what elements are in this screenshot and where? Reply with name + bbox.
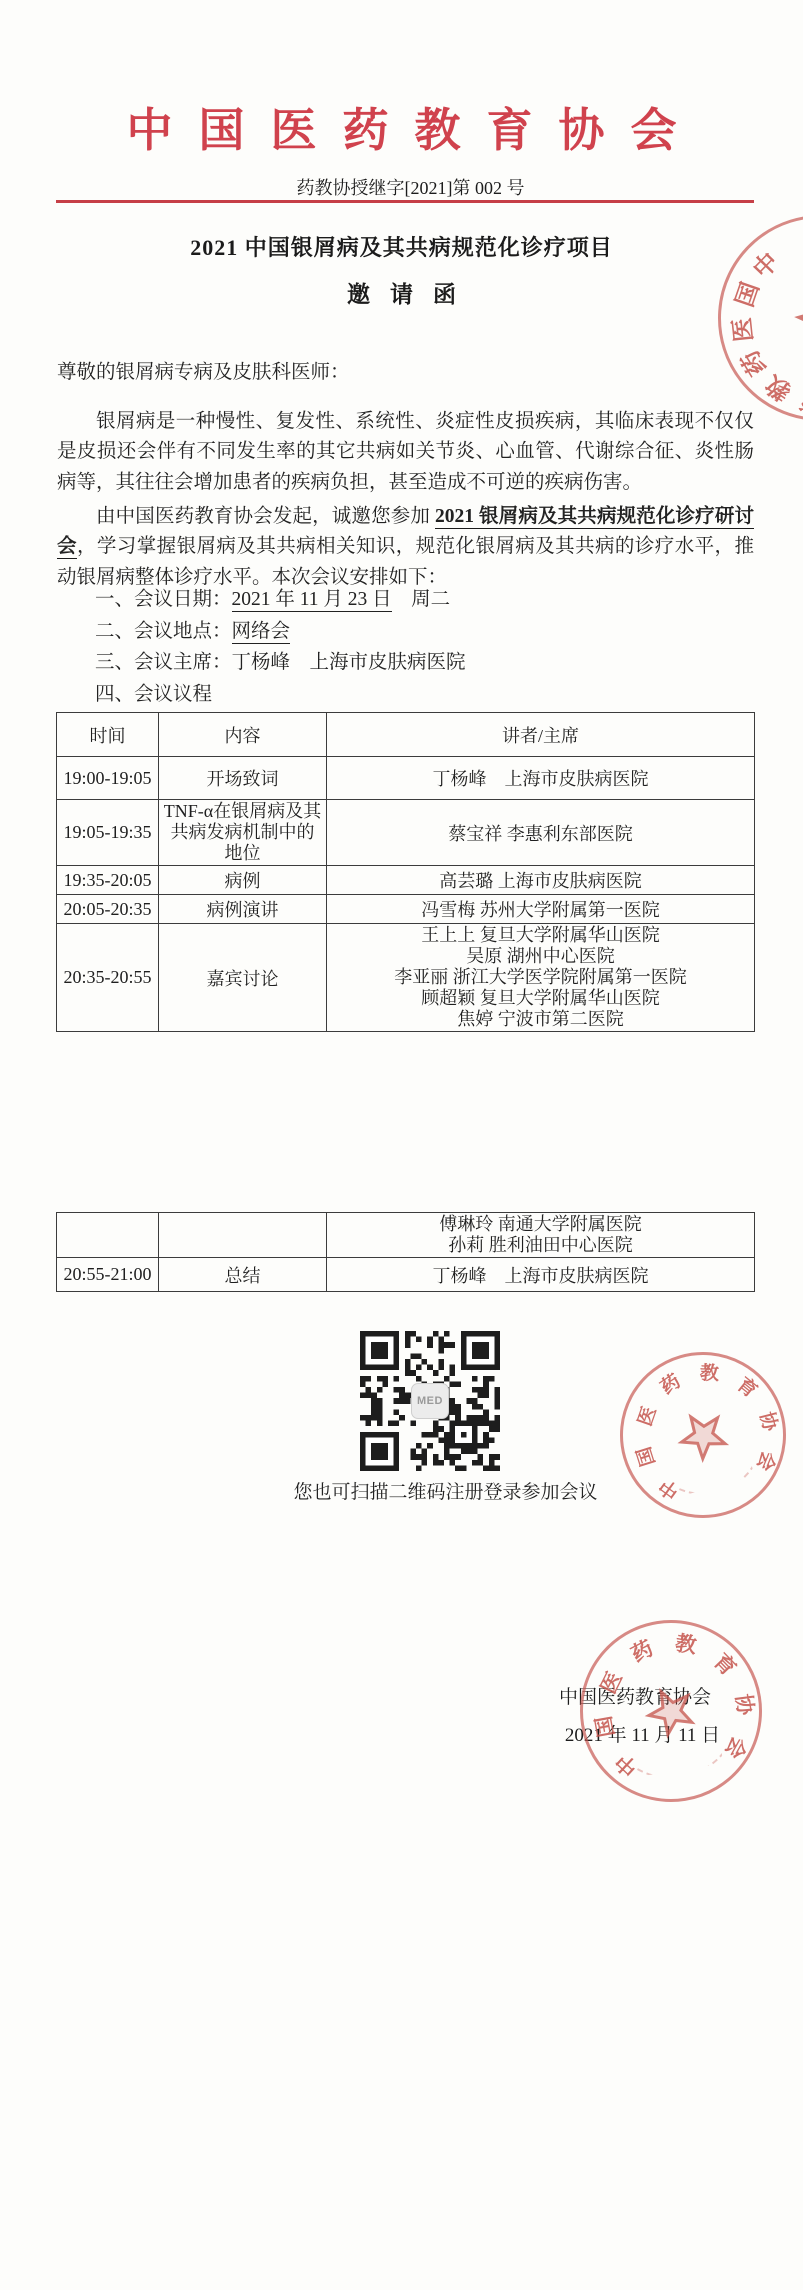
meeting-info-list: 一、会议日期：2021 年 11 月 23 日 周二 二、会议地点：网络会 三、… [95, 584, 466, 710]
agenda-speaker: 焦婷 宁波市第二医院 [330, 1009, 751, 1030]
page-subtitle: 邀请函 [20, 276, 803, 309]
meeting-date-label: 一、会议日期： [95, 589, 232, 610]
agenda-speaker: 李亚丽 浙江大学医学院附属第一医院 [330, 967, 751, 988]
agenda-time: 19:35-20:05 [57, 866, 159, 895]
paragraph-invitation-prefix: 由中国医药教育协会发起，诚邀您参加 [96, 506, 435, 527]
table-row: 20:05-20:35 病例演讲 冯雪梅 苏州大学附属第一医院 [57, 895, 755, 924]
qr-center-logo: MED [411, 1383, 449, 1419]
meeting-date-weekday: 周二 [392, 589, 451, 610]
agenda-header-speaker: 讲者/主席 [327, 713, 755, 757]
agenda-table-continued: 傅琳玲 南通大学附属医院 孙莉 胜利油田中心医院 20:55-21:00 总结 … [56, 1212, 755, 1292]
agenda-time: 20:35-20:55 [57, 924, 159, 1032]
meeting-date-value: 2021 年 11 月 23 日 [232, 589, 392, 612]
agenda-speaker: 高芸璐 上海市皮肤病医院 [327, 866, 755, 895]
table-row: 20:35-20:55 嘉宾讨论 王上上 复旦大学附属华山医院 吴原 湖州中心医… [57, 924, 755, 1032]
meeting-chair-item: 三、会议主席：丁杨峰 上海市皮肤病医院 [95, 647, 466, 679]
paragraph-intro: 银屑病是一种慢性、复发性、系统性、炎症性皮损疾病，其临床表现不仅仅是皮损还会伴有… [57, 407, 754, 499]
agenda-content: 病例演讲 [159, 895, 327, 924]
meeting-chair-label: 三、会议主席： [95, 652, 232, 673]
agenda-speaker: 顾超颖 复旦大学附属华山医院 [330, 988, 751, 1009]
meeting-chair-value: 丁杨峰 上海市皮肤病医院 [232, 652, 466, 673]
meeting-date-item: 一、会议日期：2021 年 11 月 23 日 周二 [95, 584, 466, 616]
agenda-time: 20:55-21:00 [57, 1258, 159, 1292]
agenda-table: 时间 内容 讲者/主席 19:00-19:05 开场致词 丁杨峰 上海市皮肤病医… [56, 712, 755, 1032]
agenda-content: 总结 [159, 1258, 327, 1292]
agenda-speaker: 丁杨峰 上海市皮肤病医院 [327, 757, 755, 800]
salutation: 尊敬的银屑病专病及皮肤科医师： [57, 356, 350, 384]
agenda-speakers: 傅琳玲 南通大学附属医院 孙莉 胜利油田中心医院 [327, 1213, 755, 1258]
agenda-speaker: 丁杨峰 上海市皮肤病医院 [327, 1258, 755, 1292]
agenda-header-time: 时间 [57, 713, 159, 757]
letterhead-divider [56, 200, 754, 203]
table-row: 19:05-19:35 TNF-α在银屑病及其共病发病机制中的地位 蔡宝祥 李惠… [57, 800, 755, 866]
agenda-speaker: 王上上 复旦大学附属华山医院 [330, 925, 751, 946]
agenda-content: 病例 [159, 866, 327, 895]
paragraph-invitation-suffix: ，学习掌握银屑病及其共病相关知识，规范化银屑病及其共病的诊疗水平，推动银屑病整体… [57, 536, 754, 588]
table-row: 傅琳玲 南通大学附属医院 孙莉 胜利油田中心医院 [57, 1213, 755, 1258]
agenda-speaker: 蔡宝祥 李惠利东部医院 [327, 800, 755, 866]
agenda-time: 20:05-20:35 [57, 895, 159, 924]
table-row: 19:35-20:05 病例 高芸璐 上海市皮肤病医院 [57, 866, 755, 895]
meeting-place-item: 二、会议地点：网络会 [95, 616, 466, 648]
seal-ring-text: 中国医药教育协会 [714, 211, 803, 424]
official-seal-bottom: 中国医药教育协会 [567, 1607, 775, 1815]
table-row: 20:55-21:00 总结 丁杨峰 上海市皮肤病医院 [57, 1258, 755, 1292]
qr-code: MED [357, 1331, 503, 1471]
agenda-time [57, 1213, 159, 1258]
agenda-content: 开场致词 [159, 757, 327, 800]
page-title: 2021 中国银屑病及其共病规范化诊疗项目 [0, 231, 803, 262]
letterhead-org-name: 中国医药教育协会 [26, 94, 803, 160]
meeting-place-label: 二、会议地点： [95, 621, 232, 642]
official-seal-middle: 中国医药教育协会 [600, 1332, 803, 1537]
agenda-speakers: 王上上 复旦大学附属华山医院 吴原 湖州中心医院 李亚丽 浙江大学医学院附属第一… [327, 924, 755, 1032]
document-number: 药教协授继字[2021]第 002 号 [18, 174, 803, 200]
agenda-speaker: 傅琳玲 南通大学附属医院 [330, 1214, 751, 1235]
agenda-speaker: 孙莉 胜利油田中心医院 [330, 1235, 751, 1256]
agenda-header-row: 时间 内容 讲者/主席 [57, 713, 755, 757]
table-row: 19:00-19:05 开场致词 丁杨峰 上海市皮肤病医院 [57, 757, 755, 800]
agenda-time: 19:00-19:05 [57, 757, 159, 800]
meeting-place-value: 网络会 [232, 621, 291, 644]
agenda-content: TNF-α在银屑病及其共病发病机制中的地位 [159, 800, 327, 866]
agenda-content [159, 1213, 327, 1258]
agenda-speaker: 吴原 湖州中心医院 [330, 946, 751, 967]
paragraph-invitation: 由中国医药教育协会发起，诚邀您参加 2021 银屑病及其共病规范化诊疗研讨会，学… [57, 502, 754, 594]
agenda-speaker: 冯雪梅 苏州大学附属第一医院 [327, 895, 755, 924]
meeting-agenda-label: 四、会议议程 [95, 684, 212, 705]
document-page: 中国医药教育协会 药教协授继字[2021]第 002 号 2021 中国银屑病及… [0, 0, 803, 2290]
agenda-time: 19:05-19:35 [57, 800, 159, 866]
agenda-header-content: 内容 [159, 713, 327, 757]
agenda-content: 嘉宾讨论 [159, 924, 327, 1032]
meeting-agenda-item: 四、会议议程 [95, 679, 466, 711]
